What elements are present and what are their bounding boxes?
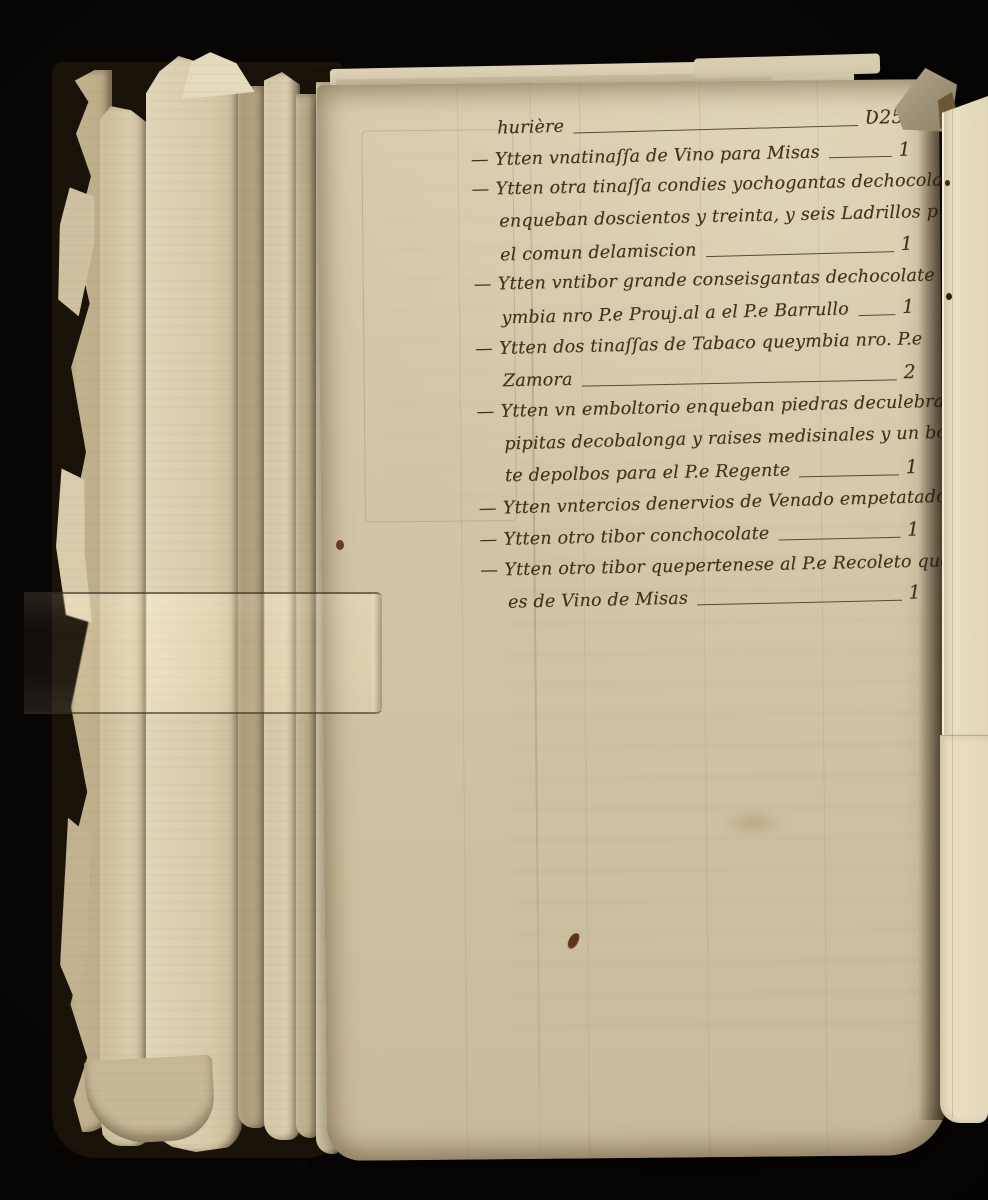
archive-photo: hurièreƲ25.—Ytten vnatinaſſa de Vino par… <box>0 0 988 1200</box>
line-rule <box>778 535 900 540</box>
plastic-strip-edge <box>374 594 382 712</box>
facing-page-upper <box>942 96 988 738</box>
line-rule <box>799 473 898 477</box>
line-amount: 1 <box>898 134 911 166</box>
manuscript-lines: hurièreƲ25.—Ytten vnatinaſſa de Vino par… <box>470 102 921 619</box>
line-amount: 2 <box>903 356 916 388</box>
facing-page-lower <box>940 735 988 1123</box>
line-text: es de Vino de Misas <box>508 584 689 620</box>
line-dash: — <box>479 525 504 557</box>
line-rule <box>829 155 892 158</box>
line-dash: — <box>478 494 503 526</box>
plastic-strip <box>24 592 382 714</box>
manuscript-page: hurièreƲ25.—Ytten vnatinaſſa de Vino par… <box>317 79 949 1161</box>
line-rule <box>858 313 895 316</box>
line-dash: — <box>471 145 496 177</box>
line-dash: — <box>476 397 501 429</box>
line-dash: — <box>475 334 500 366</box>
line-text: Zamora <box>503 364 573 397</box>
line-rule <box>582 378 897 386</box>
line-amount: 1 <box>902 292 915 324</box>
facing-page-fold <box>952 100 953 1118</box>
paper-speck <box>945 180 950 186</box>
line-text: hurière <box>497 112 565 145</box>
line-rule <box>697 599 902 606</box>
paper-stain <box>710 803 796 842</box>
line-dash: — <box>471 175 496 207</box>
line-amount: 1 <box>900 228 913 260</box>
paper-speck <box>946 293 952 300</box>
line-rule <box>573 124 858 133</box>
paper-speck <box>336 540 344 550</box>
ink-fleck <box>566 931 581 949</box>
line-dash: — <box>480 555 505 587</box>
line-dash: — <box>473 270 498 302</box>
line-amount: 1 <box>905 452 918 484</box>
line-rule <box>706 250 894 257</box>
